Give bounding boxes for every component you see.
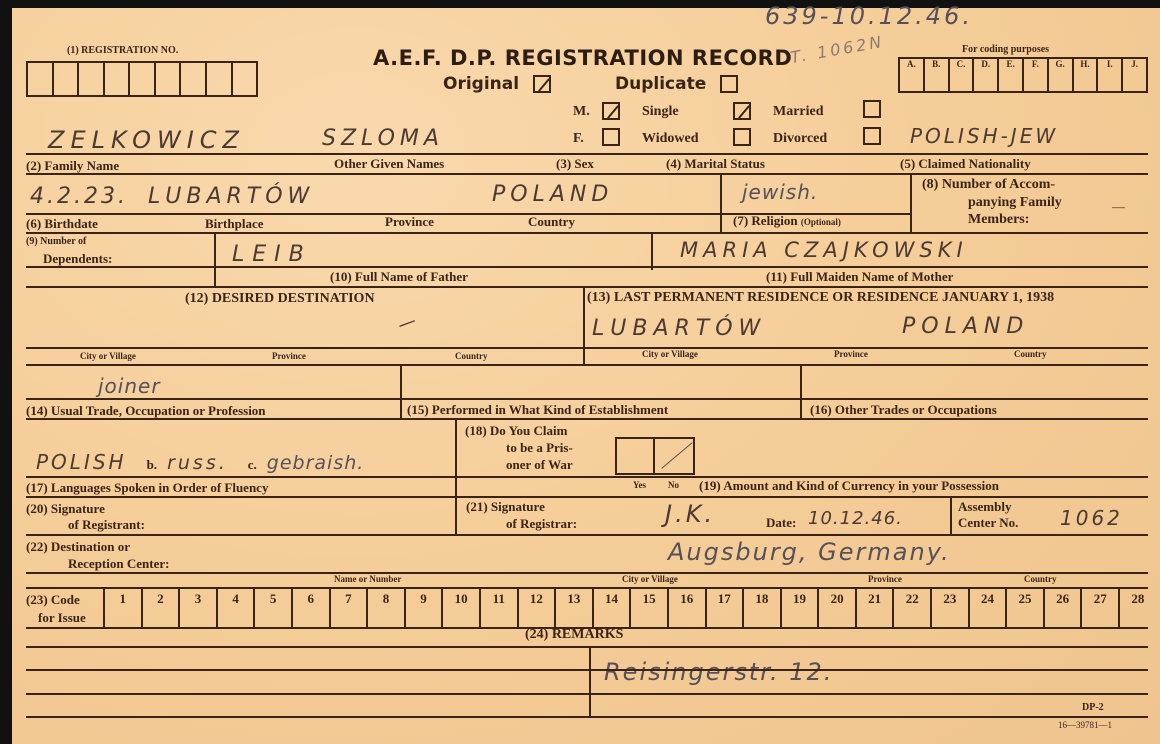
dest-province-label: Province	[272, 352, 306, 361]
coding-boxes[interactable]: A. B. C. D. E. F. G. H. I. J.	[898, 57, 1148, 93]
reception-city-label: City or Village	[622, 575, 678, 584]
code-box[interactable]: 14	[592, 588, 630, 628]
coding-box-f[interactable]: F.	[1024, 59, 1049, 91]
registrar-signature-value[interactable]: J.K.	[665, 502, 715, 526]
code-box[interactable]: 11	[479, 588, 517, 628]
coding-box-j[interactable]: J.	[1123, 59, 1146, 91]
reception-country-label: Country	[1024, 575, 1057, 584]
accompanying-label-3: Members:	[968, 213, 1029, 227]
registrant-signature-label: (20) Signature	[26, 502, 105, 515]
coding-box-h[interactable]: H.	[1074, 59, 1099, 91]
father-name-label: (10) Full Name of Father	[330, 270, 468, 283]
reception-province-label: Province	[868, 575, 902, 584]
mother-name-label: (11) Full Maiden Name of Mother	[766, 270, 953, 283]
marital-status-label: (4) Marital Status	[666, 157, 765, 170]
last-residence-country[interactable]: POLAND	[902, 316, 1029, 338]
registrar-signature-label: (21) Signature	[466, 500, 545, 513]
mother-name-value[interactable]: MARIA CZAJKOWSKI	[680, 240, 968, 261]
last-residence-label: (13) LAST PERMANENT RESIDENCE OR RESIDEN…	[587, 291, 1054, 305]
code-box[interactable]: 1	[103, 588, 141, 628]
country-label: Country	[528, 215, 575, 228]
province-label: Province	[385, 215, 434, 228]
code-box[interactable]: 17	[705, 588, 743, 628]
reception-label-2: Reception Center:	[68, 557, 169, 570]
form-title: A.E.F. D.P. REGISTRATION RECORD	[373, 46, 792, 70]
sex-label: (3) Sex	[556, 157, 594, 170]
code-box[interactable]: 3	[178, 588, 216, 628]
accompanying-value[interactable]: —	[1112, 200, 1125, 213]
code-box[interactable]: 2	[141, 588, 179, 628]
code-issue-label: (23) Code	[26, 593, 80, 606]
birthdate-label: (6) Birthdate	[26, 217, 98, 230]
currency-label: (19) Amount and Kind of Currency in your…	[699, 479, 999, 492]
code-box[interactable]: 26	[1043, 588, 1081, 628]
family-name-value[interactable]: ZELKOWICZ	[48, 128, 245, 152]
given-names-value[interactable]: SZLOMA	[322, 128, 444, 150]
coding-box-g[interactable]: G.	[1049, 59, 1074, 91]
reception-label: (22) Destination or	[26, 540, 130, 553]
residence-country-label: Country	[1014, 350, 1047, 359]
pow-yes-box[interactable]	[615, 437, 655, 475]
dest-city-label: City or Village	[80, 352, 136, 361]
code-box[interactable]: 23	[930, 588, 968, 628]
assembly-value[interactable]: 1062	[1060, 508, 1123, 528]
duplicate-label: Duplicate	[615, 76, 706, 93]
reception-value[interactable]: Augsburg, Germany.	[668, 540, 951, 564]
nationality-label: (5) Claimed Nationality	[900, 157, 1031, 170]
registrant-signature-label-2: of Registrant:	[68, 518, 145, 531]
coding-box-e[interactable]: E.	[999, 59, 1024, 91]
sex-m-checkbox[interactable]	[602, 102, 620, 120]
family-name-label: (2) Family Name	[26, 159, 119, 172]
code-box[interactable]: 28	[1118, 588, 1156, 628]
pow-yes-label: Yes	[633, 481, 646, 490]
single-checkbox[interactable]	[733, 102, 751, 120]
birthdate-value[interactable]: 4.2.23.	[30, 186, 128, 208]
code-box[interactable]: 20	[817, 588, 855, 628]
code-issue-boxes[interactable]: 1 2 3 4 5 6 7 8 9 10 11 12 13 14 15 16 1…	[103, 588, 1156, 628]
languages-label: (17) Languages Spoken in Order of Fluenc…	[26, 481, 268, 494]
religion-value[interactable]: jewish.	[742, 182, 818, 202]
code-issue-label-2: for Issue	[38, 611, 86, 624]
code-box[interactable]: 19	[780, 588, 818, 628]
birthplace-label: Birthplace	[205, 217, 264, 230]
accompanying-label: (8) Number of Accom-	[922, 178, 1055, 192]
sex-f-label: F.	[573, 132, 584, 146]
trade-label: (14) Usual Trade, Occupation or Professi…	[26, 404, 266, 417]
form-id: DP-2	[1082, 703, 1104, 713]
code-box[interactable]: 12	[517, 588, 555, 628]
code-box[interactable]: 25	[1005, 588, 1043, 628]
given-names-label: Other Given Names	[334, 157, 444, 170]
religion-label: (7) Religion (Optional)	[733, 214, 841, 227]
code-box[interactable]: 8	[366, 588, 404, 628]
accompanying-label-2: panying Family	[968, 196, 1062, 210]
coding-box-i[interactable]: I.	[1098, 59, 1123, 91]
original-checkbox[interactable]	[533, 75, 551, 93]
code-box[interactable]: 15	[629, 588, 667, 628]
nationality-value[interactable]: POLISH-JEW	[910, 126, 1058, 146]
remarks-label: (24) REMARKS	[525, 628, 623, 642]
coding-box-d[interactable]: D.	[974, 59, 999, 91]
code-box[interactable]: 13	[554, 588, 592, 628]
father-name-value[interactable]: LEIB	[232, 244, 312, 266]
sex-m-label: M.	[573, 105, 590, 119]
code-box[interactable]: 21	[855, 588, 893, 628]
pow-no-label: No	[668, 481, 679, 490]
print-code: 16—39781—1	[1058, 721, 1112, 730]
coding-box-c[interactable]: C.	[950, 59, 975, 91]
pow-no-box[interactable]	[653, 437, 695, 475]
sex-f-checkbox[interactable]	[602, 128, 620, 146]
registrar-signature-label-2: of Registrar:	[506, 517, 577, 530]
coding-box-a[interactable]: A.	[900, 59, 925, 91]
single-label: Single	[642, 105, 679, 119]
stamp-number: 639-10.12.46.	[765, 4, 973, 28]
code-box[interactable]: 9	[404, 588, 442, 628]
code-box[interactable]: 16	[667, 588, 705, 628]
establishment-label: (15) Performed in What Kind of Establish…	[407, 403, 668, 416]
code-box[interactable]: 27	[1080, 588, 1118, 628]
date-label: Date:	[766, 516, 796, 529]
divorced-label: Divorced	[773, 132, 827, 146]
last-residence-city[interactable]: LUBARTÓW	[592, 318, 766, 340]
code-box[interactable]: 22	[892, 588, 930, 628]
registration-no-boxes[interactable]	[26, 61, 258, 97]
assembly-label-2: Center No.	[958, 516, 1018, 529]
code-box[interactable]: 10	[441, 588, 479, 628]
reception-name-label: Name or Number	[334, 575, 401, 584]
pow-label-3: oner of War	[506, 458, 573, 471]
duplicate-checkbox[interactable]	[720, 75, 738, 93]
code-box[interactable]: 18	[742, 588, 780, 628]
birthplace-value[interactable]: LUBARTÓW	[148, 186, 314, 208]
dependents-label: (9) Number of	[26, 237, 86, 247]
coding-label: For coding purposes	[962, 45, 1049, 55]
code-box[interactable]: 5	[253, 588, 291, 628]
registration-no-label: (1) REGISTRATION NO.	[67, 46, 178, 56]
original-label: Original	[443, 76, 519, 93]
residence-province-label: Province	[834, 350, 868, 359]
dest-country-label: Country	[455, 352, 488, 361]
desired-destination-label: (12) DESIRED DESTINATION	[185, 292, 375, 306]
remarks-value[interactable]: Reisingerstr. 12.	[604, 660, 833, 684]
trade-value[interactable]: joiner	[98, 376, 161, 396]
birth-country-value[interactable]: POLAND	[492, 184, 613, 206]
divorced-checkbox[interactable]	[863, 127, 881, 145]
widowed-label: Widowed	[642, 132, 699, 146]
languages-value[interactable]: POLISH b. russ. c. gebraish.	[36, 452, 364, 474]
pow-label-2: to be a Pris-	[506, 441, 573, 454]
code-box[interactable]: 4	[216, 588, 254, 628]
pow-label: (18) Do You Claim	[465, 424, 567, 437]
date-value[interactable]: 10.12.46.	[808, 510, 903, 528]
code-box[interactable]: 24	[968, 588, 1006, 628]
married-checkbox[interactable]	[863, 100, 881, 118]
code-box[interactable]: 7	[329, 588, 367, 628]
residence-city-label: City or Village	[642, 350, 698, 359]
code-box[interactable]: 6	[291, 588, 329, 628]
dependents-label-2: Dependents:	[43, 252, 112, 265]
widowed-checkbox[interactable]	[733, 128, 751, 146]
married-label: Married	[773, 105, 824, 119]
other-trades-label: (16) Other Trades or Occupations	[810, 403, 997, 416]
assembly-label: Assembly	[958, 500, 1011, 513]
coding-box-b[interactable]: B.	[925, 59, 950, 91]
